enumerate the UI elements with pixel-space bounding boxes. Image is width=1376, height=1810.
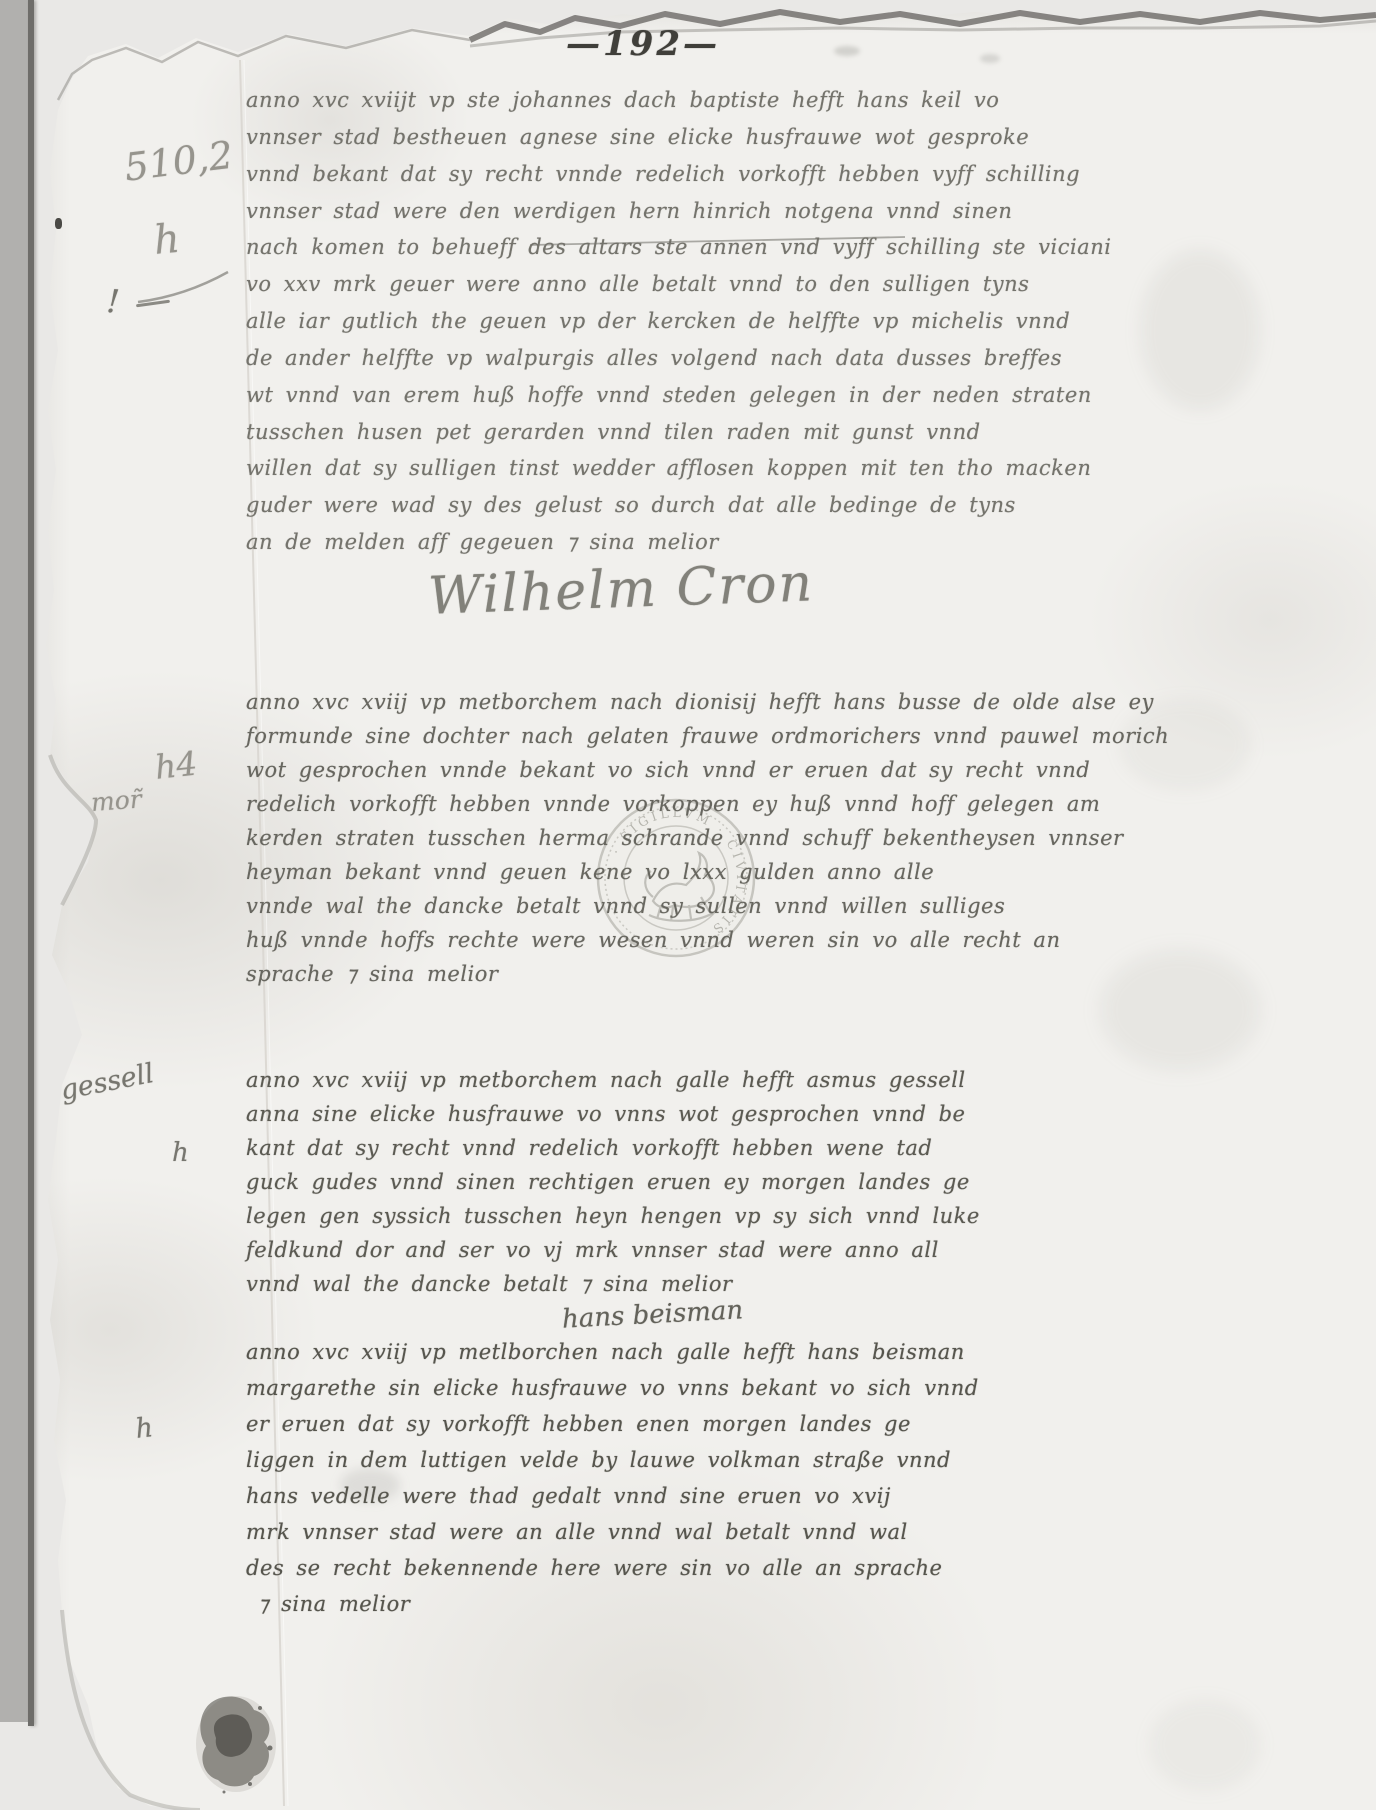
manuscript-line: vnnd wal the dancke betalt ⁊ sina melior (246, 1272, 733, 1296)
manuscript-line: anno xvc xviij vp metlborchen nach galle… (246, 1340, 965, 1364)
page-number: —192— (566, 24, 720, 64)
manuscript-line: tusschen husen pet gerarden vnnd tilen r… (246, 420, 981, 444)
manuscript-line: an de melden aff gegeuen ⁊ sina melior (246, 530, 719, 554)
scanner-background-strip (0, 0, 30, 1722)
manuscript-line: vnnser stad bestheuen agnese sine elicke… (246, 125, 1029, 149)
manuscript-line: anna sine elicke husfrauwe vo vnns wot g… (246, 1102, 965, 1126)
manuscript-line: mrk vnnser stad were an alle vnnd wal be… (246, 1520, 908, 1544)
scanner-seam-shadow (28, 0, 34, 1726)
manuscript-line: kerden straten tusschen herma schrande v… (246, 826, 1124, 850)
manuscript-line: redelich vorkofft hebben vnnde vorkoppen… (246, 792, 1100, 816)
manuscript-line: sprache ⁊ sina melior (246, 962, 498, 986)
margin-note-h4: h4 (153, 744, 199, 787)
manuscript-line: liggen in dem luttigen velde by lauwe vo… (246, 1448, 951, 1472)
manuscript-line: willen dat sy sulligen tinst wedder affl… (246, 456, 1091, 480)
manuscript-line: anno xvc xviijt vp ste johannes dach bap… (246, 88, 999, 112)
manuscript-line: vnnd bekant dat sy recht vnnde redelich … (246, 162, 1080, 186)
manuscript-line: feldkund dor and ser vo vj mrk vnnser st… (246, 1238, 939, 1262)
margin-note-h: h (152, 216, 182, 264)
manuscript-line: guck gudes vnnd sinen rechtigen eruen ey… (246, 1170, 970, 1194)
manuscript-line: er eruen dat sy vorkofft hebben enen mor… (246, 1412, 911, 1436)
margin-note-mor: mor̃ (90, 784, 143, 816)
manuscript-line: huß vnnde hoffs rechte were wesen vnnd w… (246, 928, 1060, 952)
manuscript-line: vnnde wal the dancke betalt vnnd sy sull… (246, 894, 1005, 918)
manuscript-line: anno xvc xviij vp metborchem nach galle … (246, 1068, 966, 1092)
manuscript-line: hans vedelle were thad gedalt vnnd sine … (246, 1484, 891, 1508)
manuscript-line: des se recht bekennende here were sin vo… (246, 1556, 942, 1580)
manuscript-scan: · SIGILLVM · CIVITATIS · —192— 510,2 h !… (0, 0, 1376, 1810)
manuscript-line: nach komen to behueff des altars ste ann… (246, 235, 1111, 259)
manuscript-line: guder were wad sy des gelust so durch da… (246, 493, 1016, 517)
manuscript-line: heyman bekant vnnd geuen kene vo lxxx gu… (246, 860, 934, 884)
manuscript-line: kant dat sy recht vnnd redelich vorkofft… (246, 1136, 932, 1160)
margin-note-h: h (172, 1138, 189, 1168)
manuscript-line: margarethe sin elicke husfrauwe vo vnns … (246, 1376, 979, 1400)
margin-note-h: h (134, 1412, 155, 1445)
margin-exclamation-mark: ! (105, 282, 120, 321)
manuscript-line: alle iar gutlich the geuen vp der kercke… (246, 309, 1070, 333)
manuscript-line: wt vnnd van erem huß hoffe vnnd steden g… (246, 383, 1092, 407)
manuscript-line: ⁊ sina melior (258, 1592, 410, 1616)
manuscript-line: formunde sine dochter nach gelaten frauw… (246, 724, 1169, 748)
manuscript-line: wot gesprochen vnnde bekant vo sich vnnd… (246, 758, 1090, 782)
manuscript-line: vo xxv mrk geuer were anno alle betalt v… (246, 272, 1029, 296)
manuscript-line: legen gen syssich tusschen heyn hengen v… (246, 1204, 980, 1228)
manuscript-line: de ander helffte vp walpurgis alles volg… (246, 346, 1062, 370)
manuscript-line: vnnser stad were den werdigen hern hinri… (246, 199, 1012, 223)
manuscript-line: anno xvc xviij vp metborchem nach dionis… (246, 690, 1154, 714)
